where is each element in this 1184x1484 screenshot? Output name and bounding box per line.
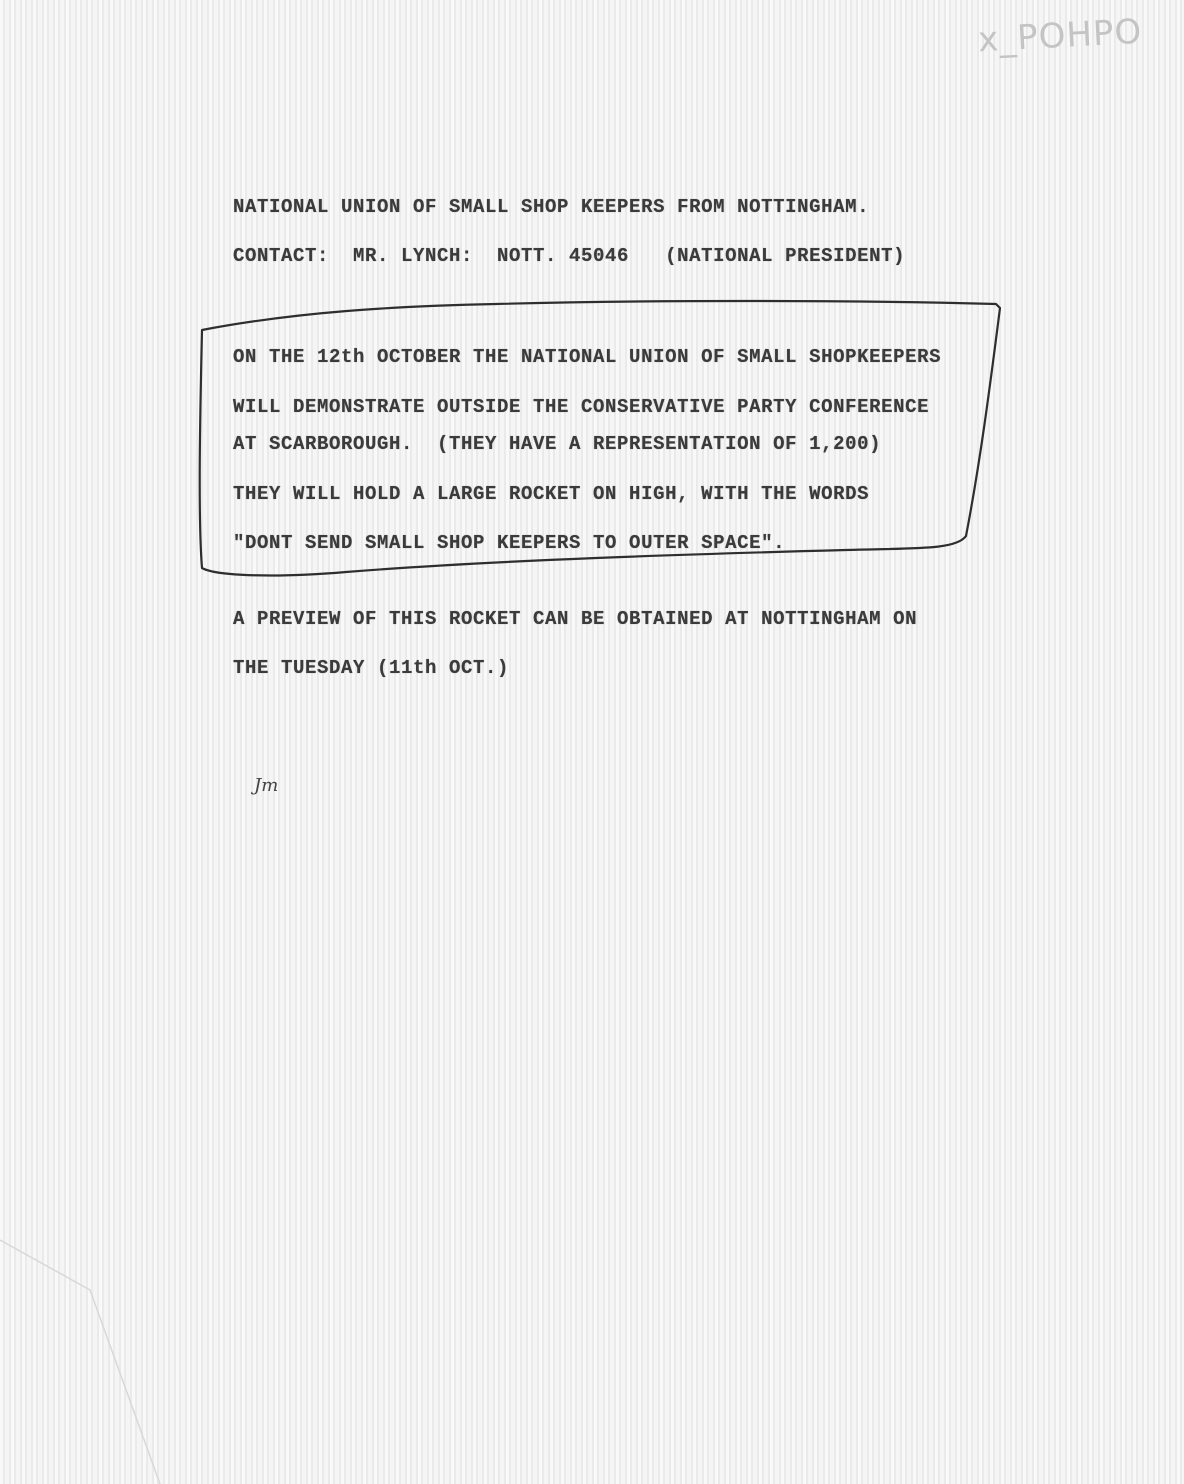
boxed-line-3: AT SCARBOROUGH. (THEY HAVE A REPRESENTAT… — [233, 433, 881, 455]
boxed-line-4: THEY WILL HOLD A LARGE ROCKET ON HIGH, W… — [233, 483, 869, 505]
closing-line-1: A PREVIEW OF THIS ROCKET CAN BE OBTAINED… — [233, 608, 917, 630]
closing-line-2: THE TUESDAY (11th OCT.) — [233, 657, 509, 679]
boxed-line-2: WILL DEMONSTRATE OUTSIDE THE CONSERVATIV… — [233, 396, 929, 418]
header-organization: NATIONAL UNION OF SMALL SHOP KEEPERS FRO… — [233, 196, 869, 218]
handwritten-reference-mark: x_POHPO — [977, 12, 1143, 61]
paper-fold-crease — [0, 1200, 200, 1484]
header-contact: CONTACT: MR. LYNCH: NOTT. 45046 (NATIONA… — [233, 245, 905, 267]
boxed-line-1: ON THE 12th OCTOBER THE NATIONAL UNION O… — [233, 346, 941, 368]
typist-initials: Jm — [254, 775, 278, 796]
boxed-line-5: "DONT SEND SMALL SHOP KEEPERS TO OUTER S… — [233, 532, 785, 554]
